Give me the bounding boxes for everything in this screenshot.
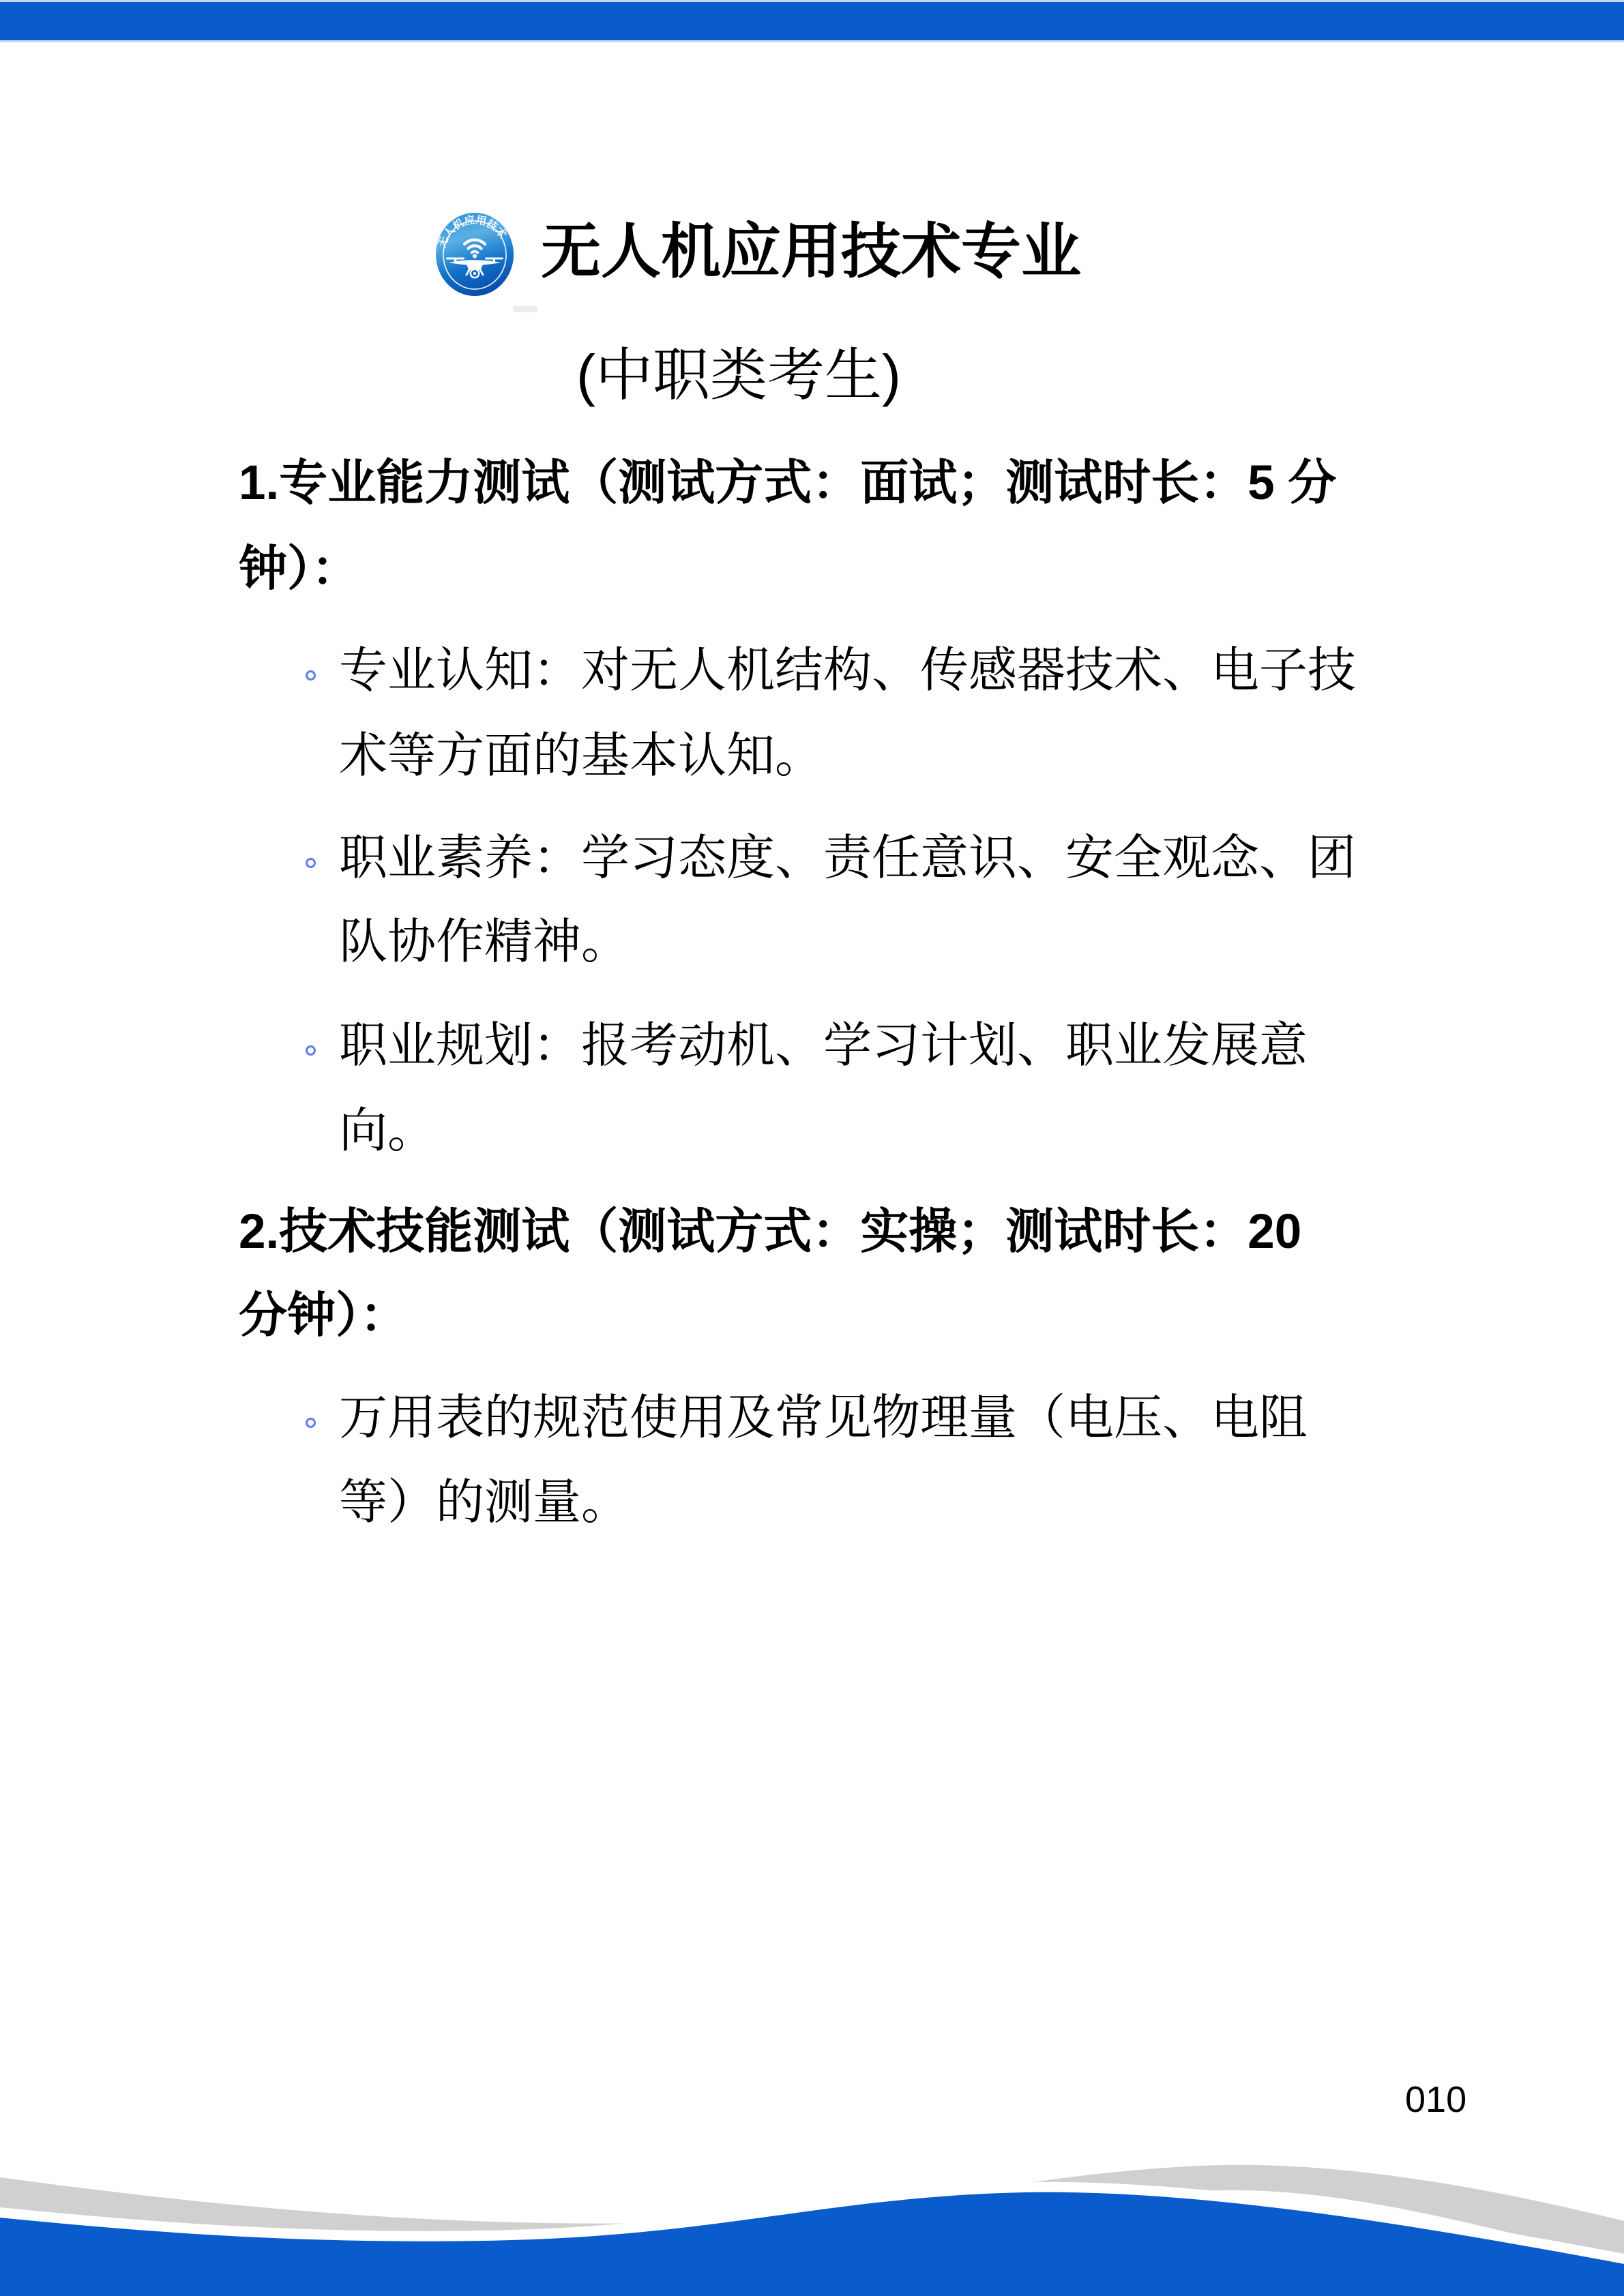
page-title: 无人机应用技术专业: [541, 215, 1081, 288]
section-1-bullet-2-line-1: 职业素养：学习态度、责任意识、安全观念、团: [339, 830, 1356, 887]
section-1-bullet-1-line-2: 术等方面的基本认知。: [339, 728, 823, 785]
section-1-bullet-3-line-1: 职业规划：报考动机、学习计划、职业发展意: [339, 1017, 1308, 1075]
section-1-heading-line-2: 钟）：: [239, 541, 360, 598]
section-2-heading-line-2: 分钟）：: [239, 1287, 409, 1345]
logo-watermark: [513, 306, 537, 312]
section-2-bullet-1-line-1: 万用表的规范使用及常见物理量（电压、电阻: [339, 1390, 1308, 1447]
bullet-circle-icon: [306, 1418, 316, 1428]
bullet-circle-icon: [306, 1045, 316, 1056]
section-1-bullet-1-line-1: 专业认知：对无人机结构、传感器技术、电子技: [339, 642, 1356, 700]
drone-logo-icon: 无人机应用技术: [435, 212, 514, 297]
bullet-circle-icon: [306, 670, 316, 681]
drone-logo: 无人机应用技术: [435, 212, 514, 297]
document-page: 无人机应用技术 无人机应用: [0, 0, 1624, 2296]
section-2-heading-line-1: 2.技术技能测试（测试方式：实操；测试时长：20: [239, 1204, 1301, 1261]
page-subtitle: (中职类考生): [576, 341, 901, 410]
section-2-bullet-1-line-2: 等）的测量。: [339, 1474, 630, 1532]
footer-wave-decoration: [0, 2112, 1624, 2296]
bullet-circle-icon: [306, 858, 316, 868]
section-1-bullet-3-line-2: 向。: [339, 1103, 436, 1160]
wifi-dot: [473, 254, 477, 258]
footer-wave-svg: [0, 2112, 1624, 2296]
top-bar: [0, 0, 1624, 42]
section-1-bullet-2-line-2: 队协作精神。: [339, 914, 630, 971]
section-1-heading-line-1: 1.专业能力测试（测试方式：面试；测试时长：5 分: [239, 455, 1336, 512]
